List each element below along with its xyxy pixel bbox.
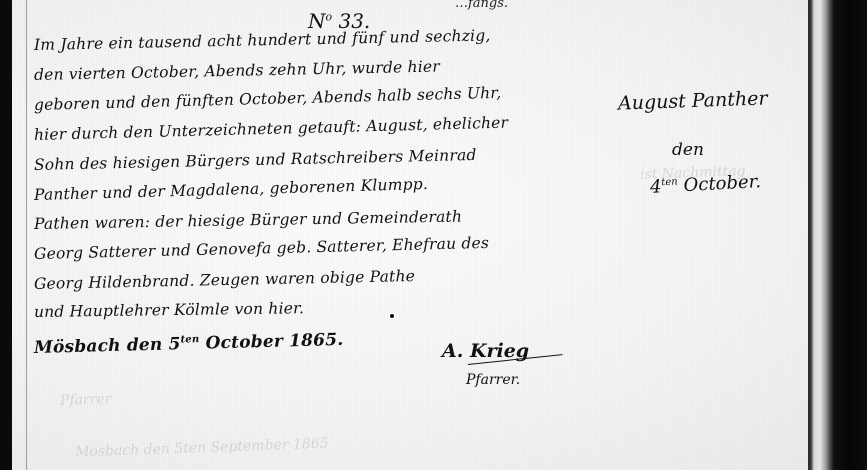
place-date-day-suffix: ten bbox=[180, 334, 199, 345]
margin-note-date: 4ten October. bbox=[650, 171, 762, 198]
place-date-line: Mösbach den 5ten October 1865. bbox=[34, 330, 344, 358]
place-date-day: 5 bbox=[168, 334, 181, 354]
ink-dot bbox=[390, 314, 394, 318]
ghost-text: Pfarrer bbox=[60, 391, 112, 409]
body-line-7: Pathen waren: der hiesige Bürger und Gem… bbox=[34, 208, 462, 233]
body-line-3: geboren und den fünften October, Abends … bbox=[34, 84, 502, 114]
left-binding-edge bbox=[0, 0, 12, 470]
body-line-5: Sohn des hiesigen Bürgers und Ratschreib… bbox=[34, 146, 477, 174]
place-date-place: Mösbach den bbox=[34, 335, 163, 358]
book-spine-shadow bbox=[808, 0, 867, 470]
body-line-4: hier durch den Unterzeichneten getauft: … bbox=[34, 114, 509, 144]
place-date-month-year: October 1865. bbox=[205, 330, 343, 354]
margin-note-name: August Panther bbox=[618, 87, 768, 114]
body-line-2: den vierten October, Abends zehn Uhr, wu… bbox=[34, 58, 440, 84]
margin-note-day-suffix: ten bbox=[661, 176, 678, 188]
margin-note-den: den bbox=[672, 140, 704, 160]
margin-note-month: October. bbox=[683, 171, 761, 196]
body-line-6: Panther und der Magdalena, geborenen Klu… bbox=[34, 175, 428, 204]
body-line-9: Georg Hildenbrand. Zeugen waren obige Pa… bbox=[34, 267, 415, 293]
margin-rule-line bbox=[26, 0, 27, 470]
scanned-page: ist Nachmittag Pfarrer Mosbach den 5ten … bbox=[0, 0, 867, 470]
entry-number-sup: o bbox=[326, 10, 333, 23]
body-line-1: Im Jahre ein tausend acht hundert und fü… bbox=[34, 26, 491, 54]
top-fragment-text: …fangs. bbox=[455, 0, 508, 11]
body-line-10: und Hauptlehrer Kölmle von hier. bbox=[34, 299, 304, 321]
ghost-text: Mosbach den 5ten September 1865 bbox=[75, 436, 329, 461]
signature-title: Pfarrer. bbox=[466, 372, 520, 388]
body-line-8: Georg Satterer und Genovefa geb. Sattere… bbox=[34, 234, 490, 263]
